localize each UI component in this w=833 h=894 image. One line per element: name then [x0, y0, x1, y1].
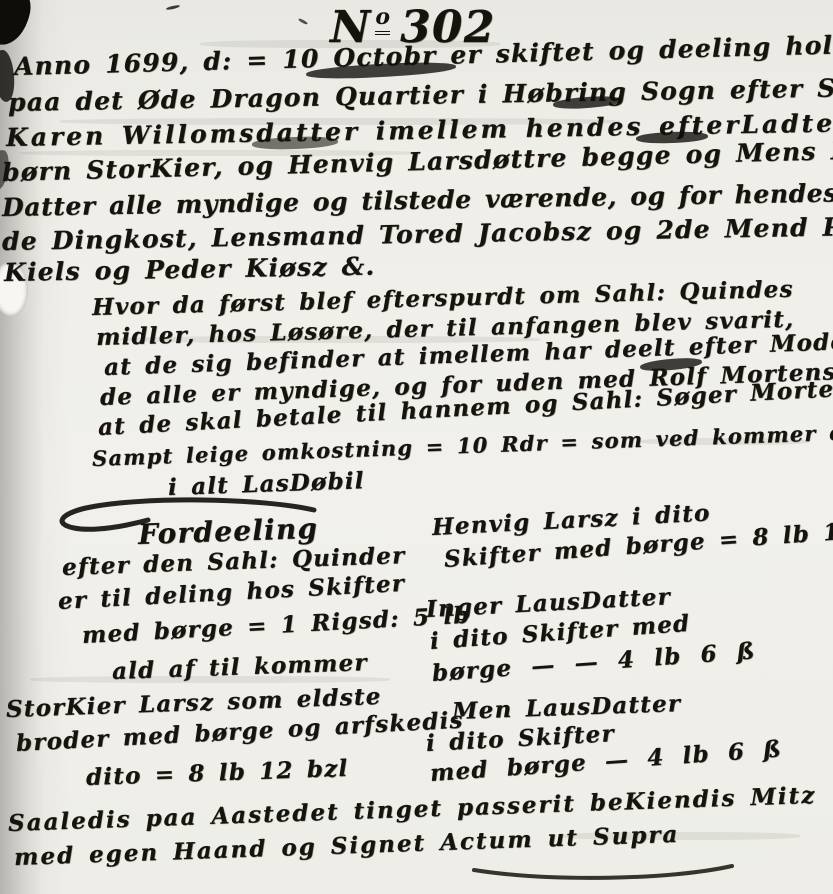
ink-blot — [166, 5, 180, 11]
ledger-right-line: Men LausDatter — [452, 690, 682, 725]
closing-line: Saaledis paa Aastedet tinget passerit be… — [8, 782, 817, 837]
manuscript-page: N o 302 Anno 1699, d: = 10 Octobr er ski… — [0, 0, 833, 894]
ink-blot — [298, 18, 308, 26]
ink-blot — [0, 0, 36, 50]
signature-swash — [470, 862, 740, 884]
intro-line: Kiels og Peder Kiøsz &. — [4, 252, 376, 287]
ledger-left-line: dito = 8 lb 12 bzl — [86, 755, 349, 791]
document-number-superscript: o — [375, 4, 390, 35]
